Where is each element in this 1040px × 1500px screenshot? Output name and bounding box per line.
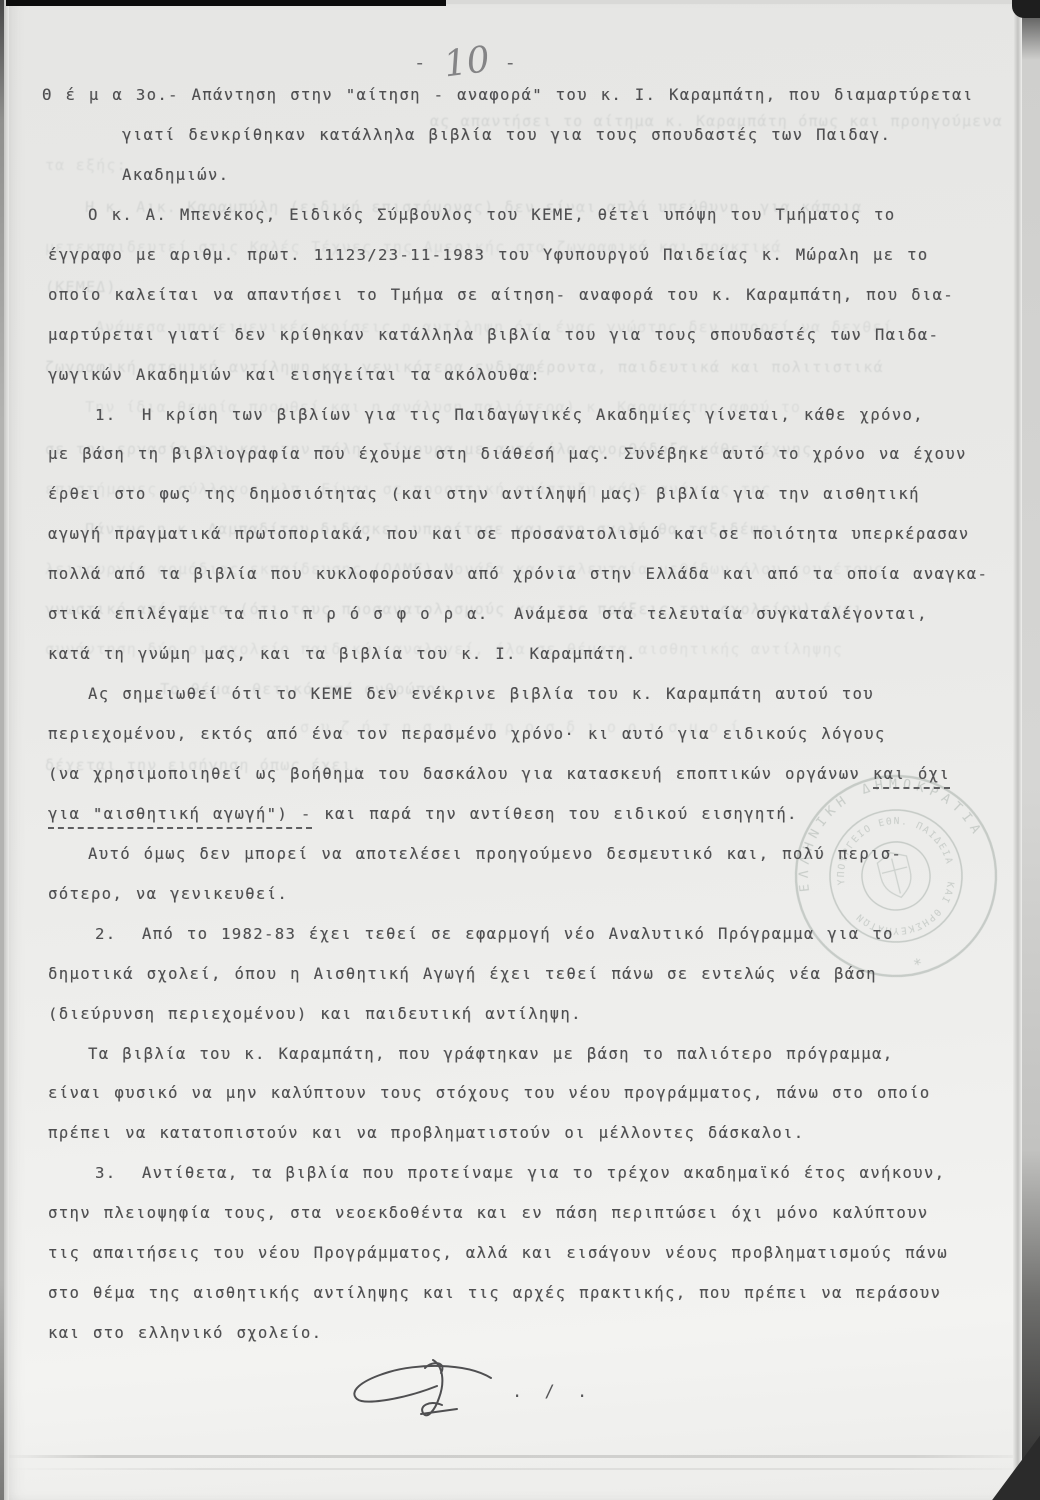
document-line: Ακαδημιών. bbox=[0, 156, 1040, 196]
scan-edge-top bbox=[6, 0, 446, 6]
text-segment: είναι φυσικό να μην καλύπτουν τους στόχο… bbox=[48, 1084, 931, 1102]
document-line: στο θέμα της αισθητικής αντίληψης και τι… bbox=[0, 1274, 1040, 1314]
text-segment: Τα βιβλία του κ. Καραμπάτη, που γράφτηκα… bbox=[88, 1045, 893, 1063]
paper-crease-light bbox=[0, 1468, 1040, 1470]
document-line: 1. Η κρίση των βιβλίων για τις Παιδαγωγι… bbox=[0, 396, 1040, 436]
text-segment: 1. Η κρίση των βιβλίων για τις Παιδαγωγι… bbox=[95, 406, 924, 424]
document-line: (να χρησιμοποιηθεί ως βοήθημα του δασκάλ… bbox=[0, 755, 1040, 795]
text-segment: οποίο καλείται να απαντήσει το Τμήμα σε … bbox=[48, 286, 954, 304]
text-segment: 3. Αντίθετα, τα βιβλία που προτείναμε γι… bbox=[95, 1164, 945, 1182]
text-segment: Αυτό όμως δεν μπορεί να αποτελέσει προηγ… bbox=[88, 845, 902, 863]
document-line: με βάση τη βιβλιογραφία που έχουμε στη δ… bbox=[0, 435, 1040, 475]
document-line: Ας σημειωθεί ότι το ΚΕΜΕ δεν ενέκρινε βι… bbox=[0, 675, 1040, 715]
paper-sheet: ας απαντήσει το αίτημα κ. Καραμπάτη όπως… bbox=[0, 0, 1040, 1500]
document-line: πρέπει να κατατοπιστούν και να προβληματ… bbox=[0, 1114, 1040, 1154]
document-line: γωγικών Ακαδημιών και εισηγείται τα ακόλ… bbox=[0, 356, 1040, 396]
underlined-text: και όχι bbox=[873, 765, 950, 789]
text-segment: αγωγή πραγματικά πρωτοποριακά, που και σ… bbox=[48, 525, 969, 543]
document-line: στην πλειοψηφία τους, στα νεοεκδοθέντα κ… bbox=[0, 1194, 1040, 1234]
document-line: είναι φυσικό να μην καλύπτουν τους στόχο… bbox=[0, 1074, 1040, 1114]
document-line: για "αισθητική αγωγή") - και παρά την αν… bbox=[0, 795, 1040, 835]
text-segment: και παρά την αντίθεση του ειδικού εισηγη… bbox=[312, 805, 798, 823]
document-line: Τα βιβλία του κ. Καραμπάτη, που γράφτηκα… bbox=[0, 1035, 1040, 1075]
scan-edge-top-light bbox=[446, 0, 1018, 4]
document-line: και στο ελληνικό σχολείο. bbox=[0, 1314, 1040, 1354]
document-line: έρθει στο φως της δημοσιότητας (και στην… bbox=[0, 475, 1040, 515]
document-line: γιατί δενκρίθηκαν κατάλληλα βιβλία του γ… bbox=[0, 116, 1040, 156]
scanned-document: ας απαντήσει το αίτημα κ. Καραμπάτη όπως… bbox=[0, 0, 1040, 1500]
document-body: Θ έ μ α 3ο.- Απάντηση στην "αίτηση - ανα… bbox=[0, 76, 1040, 1354]
text-segment: έρθει στο φως της δημοσιότητας (και στην… bbox=[48, 485, 920, 503]
document-line: στικά επιλέγαμε τα πιο π ρ ό σ φ ο ρ α. … bbox=[0, 595, 1040, 635]
document-line: τις απαιτήσεις του νέου Προγράμματος, αλ… bbox=[0, 1234, 1040, 1274]
signature-scribble bbox=[345, 1356, 505, 1436]
text-segment: Θ έ μ α 3ο.- Απάντηση στην "αίτηση - ανα… bbox=[42, 86, 973, 104]
text-segment: γωγικών Ακαδημιών και εισηγείται τα ακόλ… bbox=[48, 366, 541, 384]
text-segment: τις απαιτήσεις του νέου Προγράμματος, αλ… bbox=[48, 1244, 948, 1262]
text-segment: με βάση τη βιβλιογραφία που έχουμε στη δ… bbox=[48, 445, 967, 463]
text-segment: κατά τη γνώμη μας, και τα βιβλία του κ. … bbox=[48, 645, 637, 663]
text-segment: περιεχομένου, εκτός από ένα τον περασμέν… bbox=[48, 725, 886, 743]
document-line: 3. Αντίθετα, τα βιβλία που προτείναμε γι… bbox=[0, 1154, 1040, 1194]
text-segment: σότερο, να γενικευθεί. bbox=[48, 885, 288, 903]
text-segment: στικά επιλέγαμε τα πιο π ρ ό σ φ ο ρ α. … bbox=[48, 605, 928, 623]
signature-trailer: . / . bbox=[512, 1382, 593, 1402]
scan-corner-top-right bbox=[1012, 0, 1040, 18]
text-segment: πολλά από τα βιβλία που κυκλοφορούσαν απ… bbox=[48, 565, 988, 583]
underlined-text: για "αισθητική αγωγή") - bbox=[48, 805, 312, 829]
text-segment: γιατί δενκρίθηκαν κατάλληλα βιβλία του γ… bbox=[122, 126, 891, 144]
page-left-edge bbox=[4, 0, 9, 1500]
page-number-dash-right: - bbox=[504, 52, 516, 74]
text-segment: Ας σημειωθεί ότι το ΚΕΜΕ δεν ενέκρινε βι… bbox=[88, 685, 874, 703]
document-line: περιεχομένου, εκτός από ένα τον περασμέν… bbox=[0, 715, 1040, 755]
text-segment: 2. Από το 1982-83 έχει τεθεί σε εφαρμογή… bbox=[95, 925, 894, 943]
scan-edge-right bbox=[1022, 0, 1040, 1500]
document-line: Θ έ μ α 3ο.- Απάντηση στην "αίτηση - ανα… bbox=[0, 76, 1040, 116]
document-line: αγωγή πραγματικά πρωτοποριακά, που και σ… bbox=[0, 515, 1040, 555]
document-line: πολλά από τα βιβλία που κυκλοφορούσαν απ… bbox=[0, 555, 1040, 595]
page-number-dash-left: - bbox=[414, 52, 426, 74]
text-segment: (να χρησιμοποιηθεί ως βοήθημα του δασκάλ… bbox=[48, 765, 873, 783]
document-line: μαρτύρεται γιατί δεν κρίθηκαν κατάλληλα … bbox=[0, 316, 1040, 356]
document-line: 2. Από το 1982-83 έχει τεθεί σε εφαρμογή… bbox=[0, 915, 1040, 955]
text-segment: Ακαδημιών. bbox=[122, 166, 229, 184]
document-line: κατά τη γνώμη μας, και τα βιβλία του κ. … bbox=[0, 635, 1040, 675]
text-segment: έγγραφο με αριθμ. πρωτ. 11123/23-11-1983… bbox=[48, 246, 929, 264]
document-line: οποίο καλείται να απαντήσει το Τμήμα σε … bbox=[0, 276, 1040, 316]
document-line: έγγραφο με αριθμ. πρωτ. 11123/23-11-1983… bbox=[0, 236, 1040, 276]
text-segment: δημοτικά σχολεί, όπου η Αισθητική Αγωγή … bbox=[48, 965, 877, 983]
text-segment: και στο ελληνικό σχολείο. bbox=[48, 1324, 322, 1342]
document-line: σότερο, να γενικευθεί. bbox=[0, 875, 1040, 915]
page-right-edge bbox=[1013, 0, 1022, 1500]
paper-crease bbox=[0, 1455, 1040, 1458]
document-line: δημοτικά σχολεί, όπου η Αισθητική Αγωγή … bbox=[0, 955, 1040, 995]
document-line: Αυτό όμως δεν μπορεί να αποτελέσει προηγ… bbox=[0, 835, 1040, 875]
text-segment: Ο κ. Α. Μπενέκος, Ειδικός Σύμβουλος του … bbox=[88, 206, 895, 224]
text-segment: (διεύρυνση περιεχομένου) και παιδευτική … bbox=[48, 1005, 582, 1023]
text-segment: πρέπει να κατατοπιστούν και να προβληματ… bbox=[48, 1124, 805, 1142]
text-segment: στο θέμα της αισθητικής αντίληψης και τι… bbox=[48, 1284, 941, 1302]
document-line: (διεύρυνση περιεχομένου) και παιδευτική … bbox=[0, 995, 1040, 1035]
document-line: Ο κ. Α. Μπενέκος, Ειδικός Σύμβουλος του … bbox=[0, 196, 1040, 236]
text-segment: μαρτύρεται γιατί δεν κρίθηκαν κατάλληλα … bbox=[48, 326, 939, 344]
text-segment: στην πλειοψηφία τους, στα νεοεκδοθέντα κ… bbox=[48, 1204, 929, 1222]
